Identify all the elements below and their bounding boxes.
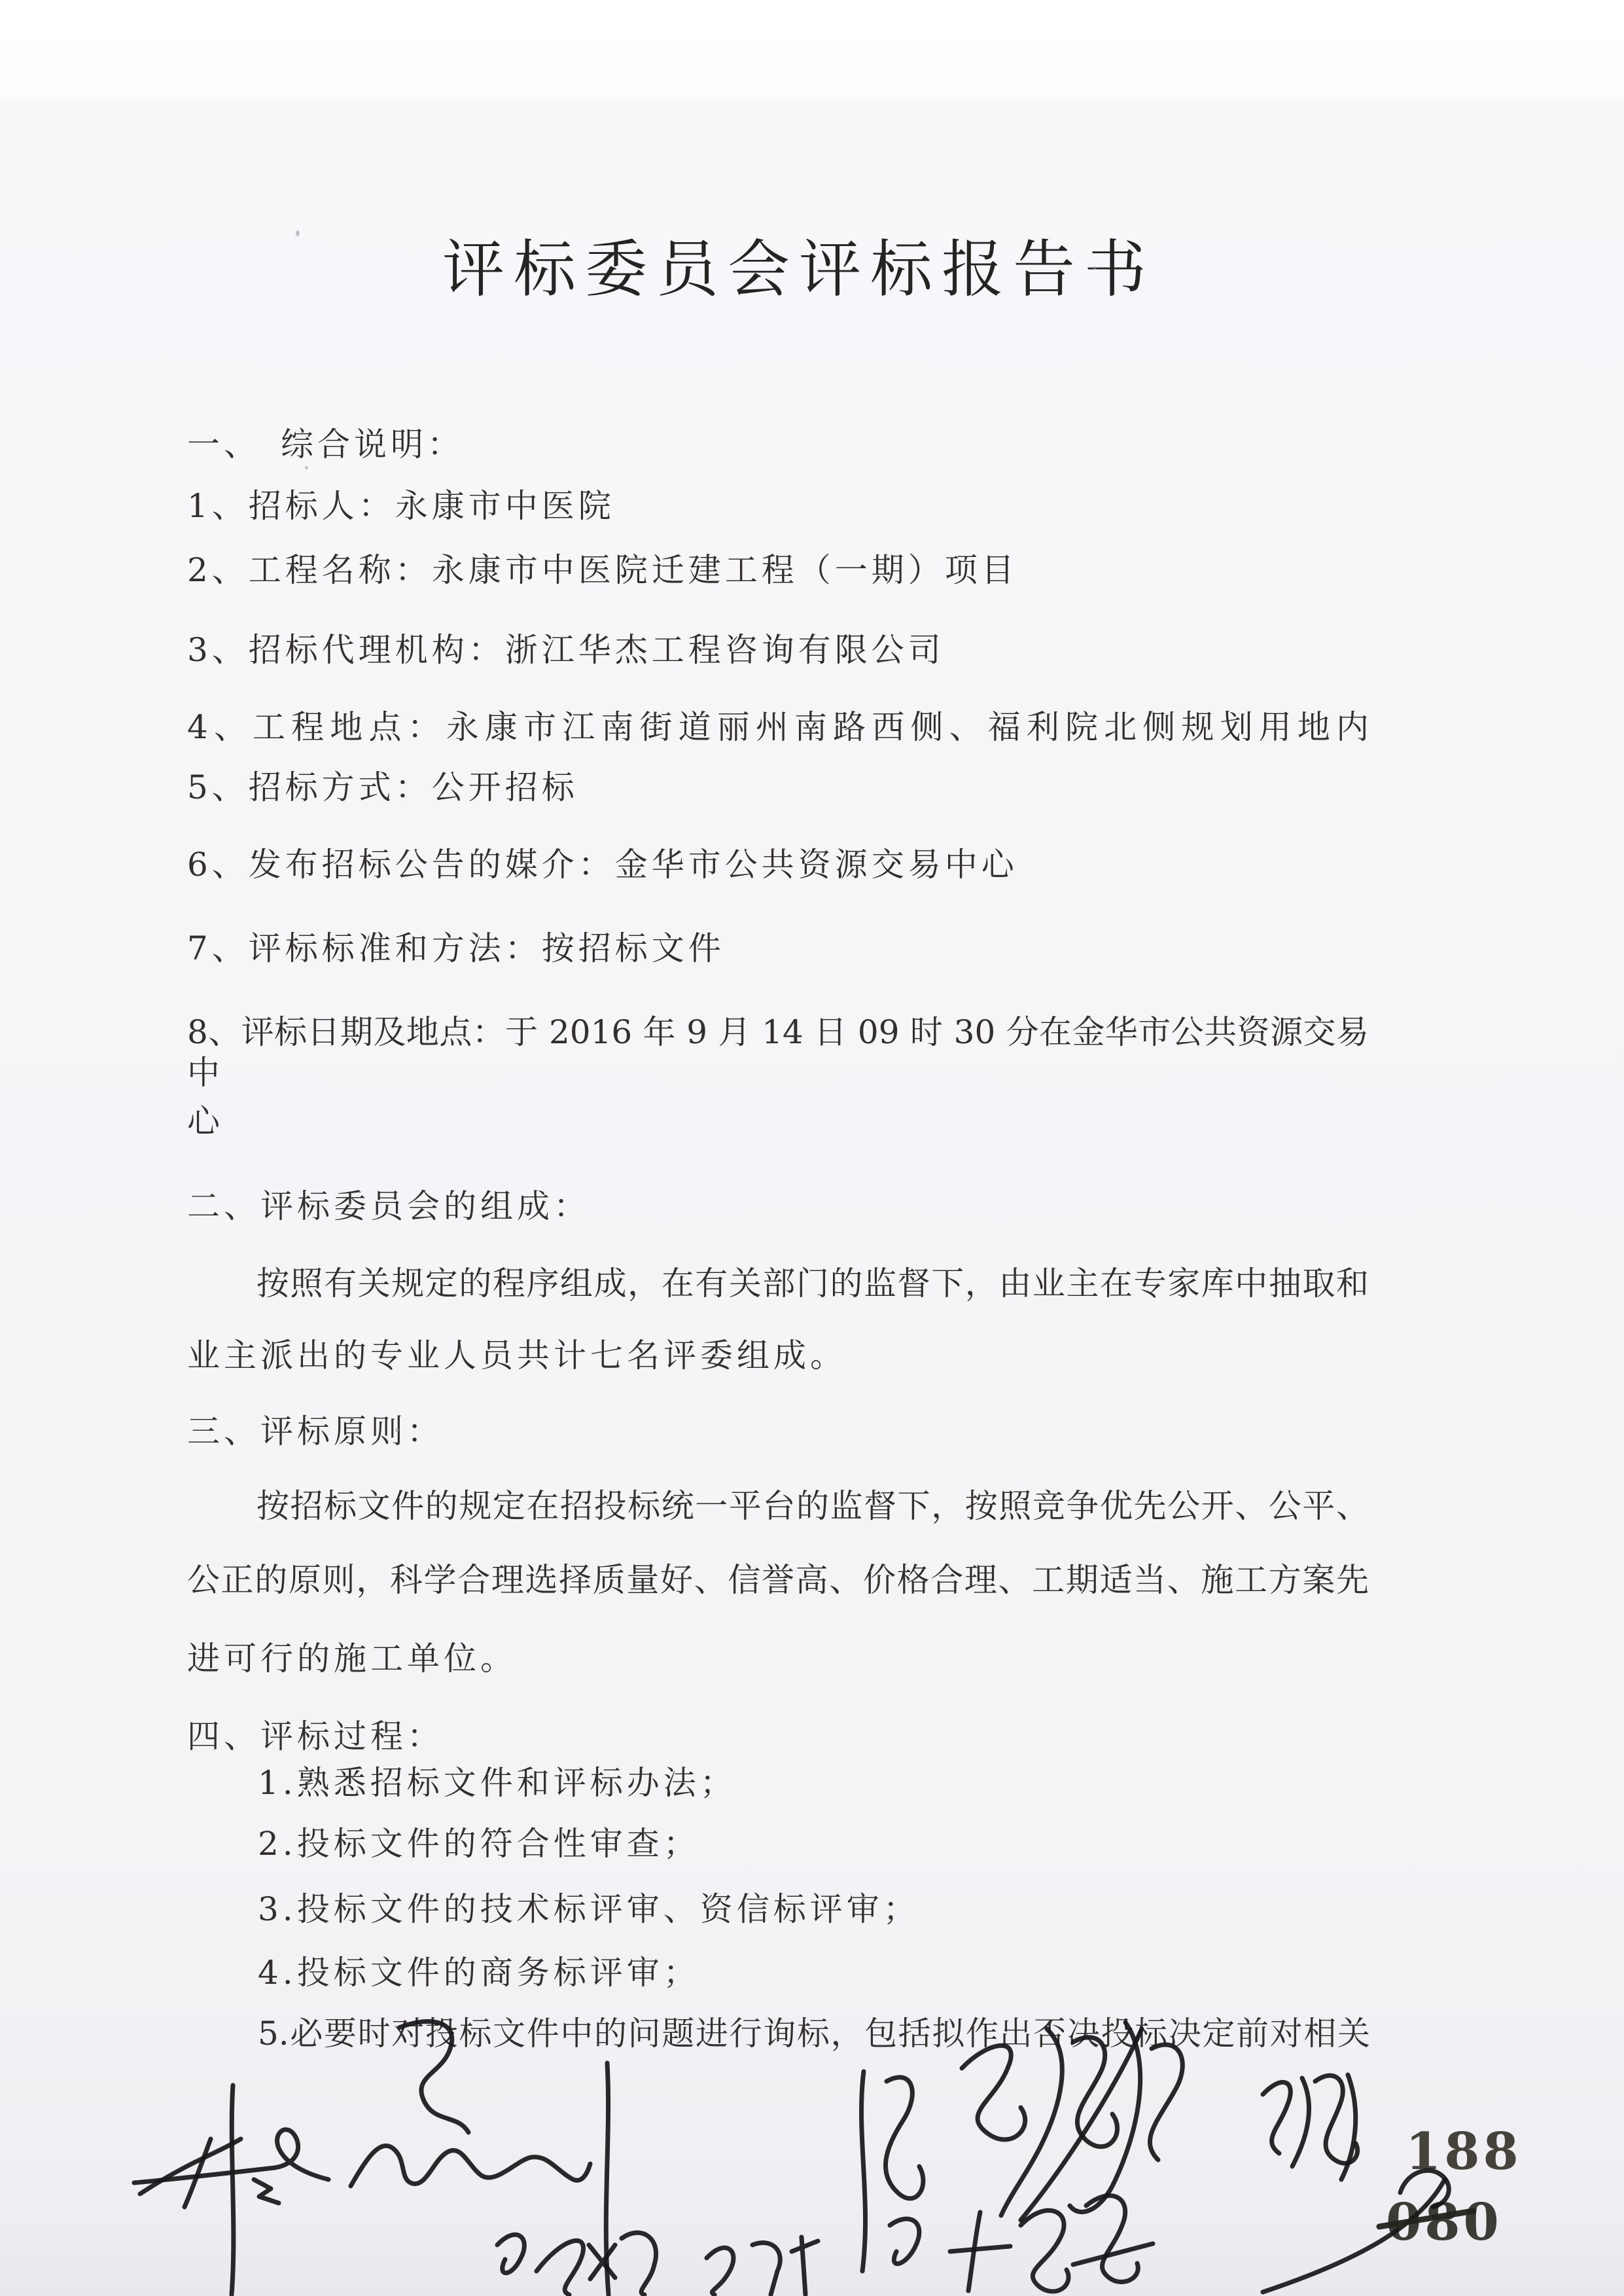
signature-5 xyxy=(862,2072,923,2271)
section-heading-3: 三、评标原则： xyxy=(187,1411,444,1452)
scan-speck xyxy=(296,230,300,236)
signature-2 xyxy=(351,2021,609,2295)
signature-1 xyxy=(134,2085,328,2295)
section-heading-1: 一、 综合说明： xyxy=(187,424,464,465)
signature-6 xyxy=(962,2022,1182,2220)
signature-block xyxy=(0,1964,1624,2296)
doc-line: 心 xyxy=(187,1101,224,1141)
doc-line: 4、工程地点：永康市江南街道丽州南路西侧、福利院北侧规划用地内 xyxy=(187,707,1369,747)
signature-7 xyxy=(950,2196,1153,2291)
scan-speck xyxy=(305,466,308,469)
doc-line: 按照有关规定的程序组成，在有关部门的监督下，由业主在专家库中抽取和 xyxy=(256,1263,1369,1304)
signature-4 xyxy=(707,2237,818,2295)
section-heading-4: 四、评标过程： xyxy=(187,1716,444,1757)
scan-speck xyxy=(1093,266,1097,270)
doc-line: 业主派出的专业人员共计七名评委组成。 xyxy=(187,1335,847,1376)
doc-line: 公正的原则，科学合理选择质量好、信誉高、价格合理、工期适当、施工方案先 xyxy=(187,1560,1369,1600)
scanned-document-page: 评标委员会评标报告书 一、 综合说明： 1、招标人：永康市中医院 2、工程名称：… xyxy=(0,0,1624,2296)
correction-slash-mark xyxy=(1263,2170,1449,2292)
doc-line: 进可行的施工单位。 xyxy=(187,1638,517,1679)
doc-line: 8、评标日期及地点：于 2016 年 9 月 14 日 09 时 30 分在金华… xyxy=(187,1012,1369,1093)
doc-line: 按招标文件的规定在招投标统一平台的监督下，按照竞争优先公开、公平、 xyxy=(256,1486,1369,1526)
doc-line: 2、工程名称：永康市中医院迁建工程（一期）项目 xyxy=(187,550,1018,590)
doc-line: 5、招标方式：公开招标 xyxy=(187,767,578,808)
doc-line: 1、招标人：永康市中医院 xyxy=(187,486,615,526)
doc-line: 6、发布招标公告的媒介：金华市公共资源交易中心 xyxy=(187,844,1018,885)
strikethrough-mark xyxy=(1379,2211,1474,2227)
page-title: 评标委员会评标报告书 xyxy=(442,220,1156,309)
doc-line: 2.投标文件的符合性审查； xyxy=(258,1823,700,1864)
scan-speck xyxy=(395,1428,399,1432)
doc-line: 3、招标代理机构：浙江华杰工程咨询有限公司 xyxy=(187,630,945,670)
signature-8 xyxy=(1263,2075,1358,2179)
doc-line: 7、评标标准和方法：按招标文件 xyxy=(187,928,725,969)
doc-line: 1.熟悉招标文件和评标办法； xyxy=(258,1763,737,1803)
signature-3 xyxy=(497,2233,656,2295)
doc-line: 3.投标文件的技术标评审、资信标评审； xyxy=(258,1889,920,1929)
section-heading-2: 二、评标委员会的组成： xyxy=(187,1186,590,1227)
